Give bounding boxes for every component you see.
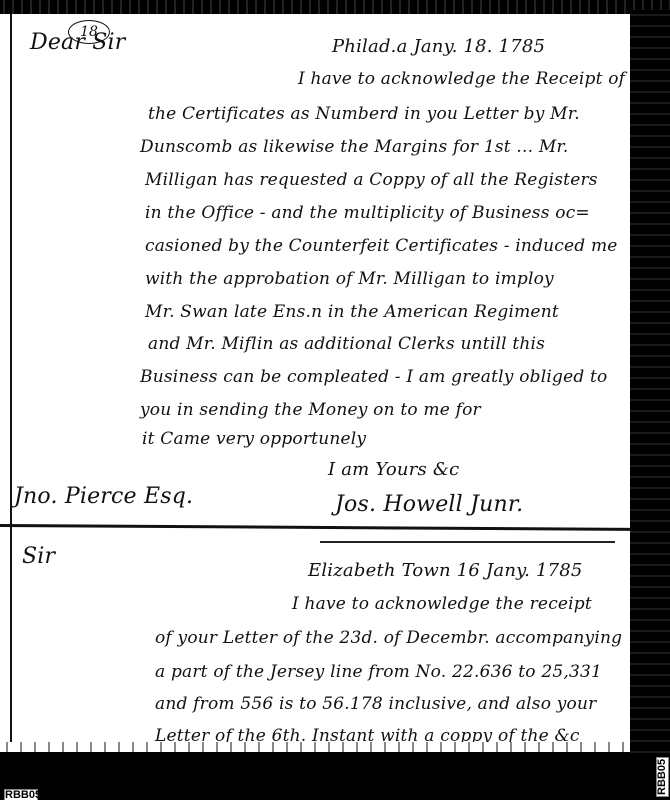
letter1-dateline: Philad.a Jany. 18. 1785 (332, 36, 545, 57)
letter2-line-2: of your Letter of the 23d. of Decembr. a… (155, 628, 622, 648)
archive-label-side: RBB05 (656, 757, 669, 797)
letter1-line-1: I have to acknowledge the Receipt of (298, 69, 625, 89)
letter1-line-10: Business can be compleated - I am greatl… (140, 367, 607, 387)
scan-right-border (630, 10, 670, 755)
letter1-line-6: casioned by the Counterfeit Certificates… (145, 236, 618, 256)
letter2-line-4: and from 556 is to 56.178 inclusive, and… (155, 694, 596, 714)
letter1-line-9: and Mr. Miflin as additional Clerks unti… (148, 334, 545, 354)
letter1-line-2: the Certificates as Numberd in you Lette… (148, 104, 580, 124)
scan-bottom-edge (0, 742, 630, 752)
margin-rule (10, 14, 12, 752)
letter1-line-3: Dunscomb as likewise the Margins for 1st… (140, 137, 569, 157)
letter2-salutation: Sir (22, 544, 55, 569)
letter2-line-3: a part of the Jersey line from No. 22.63… (155, 662, 602, 682)
letter2-dateline: Elizabeth Town 16 Jany. 1785 (308, 560, 583, 581)
signature-flourish-rule (320, 541, 615, 543)
letter1-line-7: with the approbation of Mr. Milligan to … (145, 269, 554, 289)
letter1-line-12: it Came very opportunely (142, 429, 366, 449)
letter1-closing: I am Yours &c (328, 459, 459, 480)
letter1-line-5: in the Office - and the multiplicity of … (145, 203, 590, 223)
letter1-salutation: Dear Sir (30, 30, 126, 55)
letter1-line-11: you in sending the Money on to me for (140, 400, 481, 420)
manuscript-page: 18 Dear Sir Philad.a Jany. 18. 1785 I ha… (0, 14, 630, 752)
letter1-signature: Jos. Howell Junr. (335, 492, 523, 517)
letter1-line-8: Mr. Swan late Ens.n in the American Regi… (145, 302, 559, 322)
archive-label-bottom: RBB05 (4, 789, 38, 800)
letter-divider-rule (0, 524, 630, 531)
letter1-addressee: Jno. Pierce Esq. (14, 484, 193, 509)
letter2-line-1: I have to acknowledge the receipt (292, 594, 592, 614)
letter1-line-4: Milligan has requested a Coppy of all th… (145, 170, 598, 190)
